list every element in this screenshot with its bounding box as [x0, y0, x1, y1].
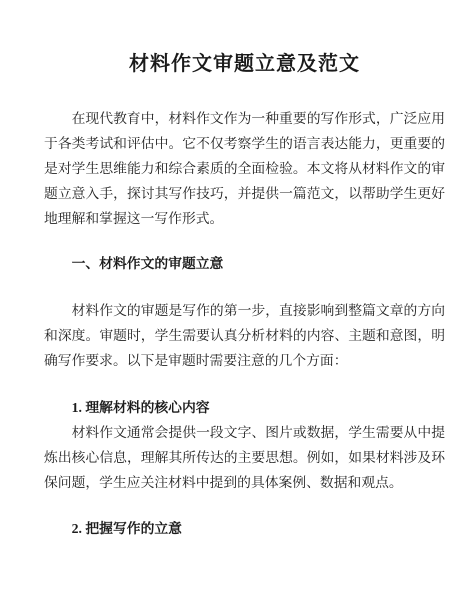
point-2-heading: 2. 把握写作的立意: [44, 516, 445, 541]
point-1-heading: 1. 理解材料的核心内容: [44, 395, 445, 420]
document-title: 材料作文审题立意及范文: [44, 48, 445, 80]
section-1-heading: 一、材料作文的审题立意: [44, 251, 445, 276]
document-page: 材料作文审题立意及范文 在现代教育中，材料作文作为一种重要的写作形式，广泛应用于…: [0, 0, 463, 600]
point-1-paragraph: 材料作文通常会提供一段文字、图片或数据，学生需要从中提炼出核心信息，理解其所传达…: [44, 420, 445, 495]
section-1-paragraph: 材料作文的审题是写作的第一步，直接影响到整篇文章的方向和深度。审题时，学生需要认…: [44, 298, 445, 373]
intro-paragraph: 在现代教育中，材料作文作为一种重要的写作形式，广泛应用于各类考试和评估中。它不仅…: [44, 106, 445, 231]
